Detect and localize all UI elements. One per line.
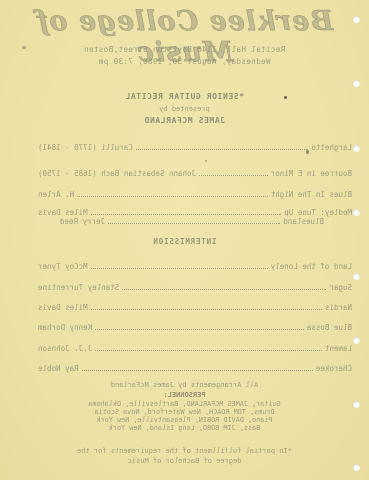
piece-title: Bluesland	[283, 217, 324, 226]
dotted-leader	[108, 223, 280, 224]
program-row: Larghetto Carulli (1770 - 1841)	[38, 143, 352, 152]
paper-speck	[306, 150, 309, 154]
footnote-line: *In partial fulfillment of the requireme…	[0, 447, 369, 456]
composer-name: J.J. Johnson	[38, 344, 92, 353]
punch-hole	[353, 464, 360, 471]
piece-title: Bourree in E Minor	[271, 169, 352, 178]
personnel-heading: PERSONNEL:	[0, 391, 369, 399]
piece-title: Sugar	[329, 283, 352, 292]
program-row: Bluesland Jerry Reed	[38, 217, 352, 226]
paper-speck	[284, 96, 287, 99]
composer-name: Carulli (1770 - 1841)	[38, 143, 133, 152]
punch-hole	[353, 145, 360, 152]
composer-name: Miles Davis	[38, 303, 88, 312]
punch-hole	[353, 401, 360, 408]
dotted-leader	[95, 329, 304, 330]
dotted-leader	[82, 370, 313, 371]
piece-title: Medley: Tune Up	[284, 208, 352, 217]
piece-title: Cherokee	[316, 364, 352, 373]
personnel-line: Guitar, JAMES MCFARLAND, Bartlesville, O…	[0, 400, 369, 408]
composer-name: Jerry Reed	[60, 217, 105, 226]
mirrored-bleedthrough-content: Berklee College of Music Recital Hall, 1…	[0, 0, 369, 480]
program-row: Blue Bossa Kenny Dorham	[38, 323, 352, 332]
presented-by-line: presented by	[0, 105, 369, 113]
arrangements-credit: All Arrangements by James McFarland	[0, 381, 369, 389]
dotted-leader	[136, 149, 309, 150]
piece-title: Nardis	[325, 303, 352, 312]
dotted-leader	[77, 196, 268, 197]
dotted-leader	[199, 175, 268, 176]
dotted-leader	[95, 350, 322, 351]
program-row: Lament J.J. Johnson	[38, 344, 352, 353]
punch-hole	[353, 80, 360, 87]
punch-hole	[353, 337, 360, 344]
composer-name: Ray Noble	[38, 364, 79, 373]
paper-speck	[22, 46, 26, 49]
punch-hole	[353, 209, 360, 216]
performer-name: JAMES MCFARLAND	[0, 116, 369, 125]
program-row: Sugar Stanley Turrentine	[38, 283, 352, 292]
piece-title: Blues In The Night	[271, 190, 352, 199]
piece-title: Blue Bossa	[307, 323, 352, 332]
dotted-leader	[91, 309, 322, 310]
punch-hole	[353, 16, 360, 23]
composer-name: McCoy Tyner	[38, 262, 88, 271]
personnel-line: Piano, DAVID ROBIN, Pleasantville, New Y…	[0, 416, 369, 424]
datetime-line: Wednesday, August 30, 1980, 7:30 pm	[0, 57, 369, 66]
dotted-leader	[122, 289, 326, 290]
recital-title: *SENIOR GUITAR RECITAL	[0, 92, 369, 101]
personnel-line: Drums, TOM ROACH, New Waterford, Nova Sc…	[0, 408, 369, 416]
composer-name: Miles Davis	[38, 208, 88, 217]
piece-title: Lament	[325, 344, 352, 353]
program-row: Bourree in E Minor Johann Sebastian Bach…	[38, 169, 352, 178]
paper-speck	[205, 160, 207, 162]
program-row: Medley: Tune Up Miles Davis	[38, 208, 352, 217]
piece-title: Land of the Lonely	[271, 262, 352, 271]
punch-hole	[353, 273, 360, 280]
scanned-program-page-back: Berklee College of Music Recital Hall, 1…	[0, 0, 369, 480]
program-row: Nardis Miles Davis	[38, 303, 352, 312]
composer-name: Stanley Turrentine	[38, 283, 119, 292]
intermission-heading: INTERMISSION	[0, 237, 369, 246]
program-row: Blues In The Night H. Arlen	[38, 190, 352, 199]
program-row: Cherokee Ray Noble	[38, 364, 352, 373]
dotted-leader	[91, 268, 268, 269]
personnel-line: Bass, JIM BOBO, Long Island, New York	[0, 424, 369, 432]
composer-name: Johann Sebastian Bach (1685 - 1750)	[38, 169, 196, 178]
piece-title: Larghetto	[311, 143, 352, 152]
composer-name: Kenny Dorham	[38, 323, 92, 332]
footnote-line: degree of Bachelor of Music	[0, 457, 369, 466]
composer-name: H. Arlen	[38, 190, 74, 199]
program-row: Land of the Lonely McCoy Tyner	[38, 262, 352, 271]
dotted-leader	[91, 214, 282, 215]
venue-line: Recital Hall, 1140 Boylston Street,Bosto…	[0, 45, 369, 54]
